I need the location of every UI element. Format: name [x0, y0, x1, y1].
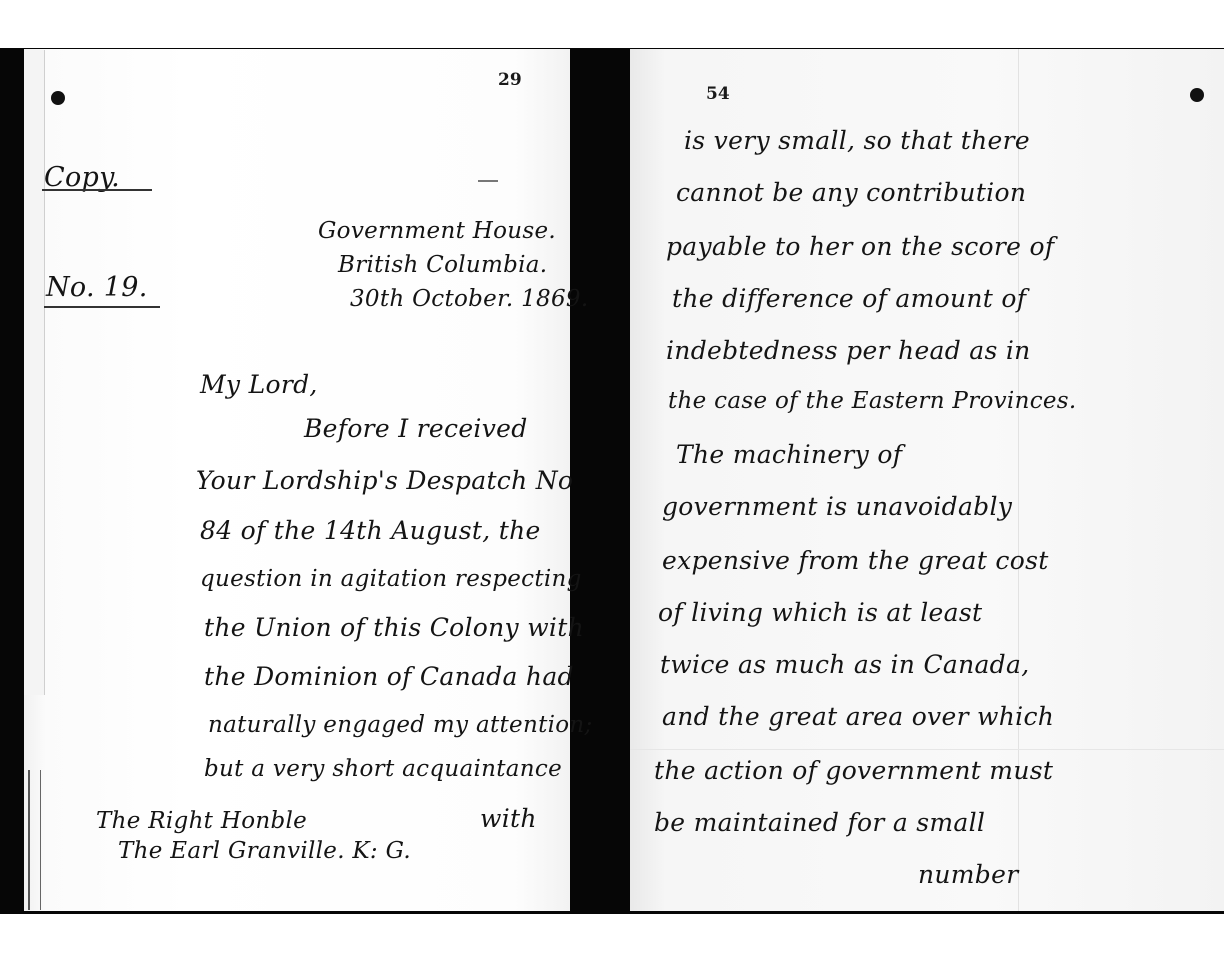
right-body-line-3: payable to her on the score of: [666, 232, 1054, 261]
page-edge-tab: [24, 50, 45, 695]
right-body-line-13: the action of government must: [654, 756, 1053, 785]
right-body-line-8: government is unavoidably: [662, 492, 1012, 521]
punch-hole-icon: [1190, 88, 1204, 102]
left-body-line-8: but a very short acquaintance: [204, 756, 562, 782]
right-body-line-2: cannot be any contribution: [676, 178, 1026, 207]
right-catchword: number: [918, 860, 1018, 889]
right-body-line-5: indebtedness per head as in: [666, 336, 1031, 365]
left-body-line-5: the Union of this Colony with: [204, 613, 584, 642]
ink-mark: [478, 180, 498, 182]
right-body-line-12: and the great area over which: [662, 702, 1054, 731]
right-body-line-6: the case of the Eastern Provinces.: [668, 388, 1077, 414]
salutation: My Lord,: [200, 370, 318, 399]
heading-number: No. 19.: [46, 272, 148, 303]
addressee-line-1: The Right Honble: [96, 808, 307, 834]
right-body-line-4: the difference of amount of: [672, 284, 1026, 313]
left-body-line-2: Your Lordship's Despatch No: [196, 466, 573, 495]
folio-number-left: 29: [498, 70, 522, 90]
page-edge-lines: [28, 770, 41, 910]
punch-hole-icon: [51, 91, 65, 105]
right-body-line-9: expensive from the great cost: [662, 546, 1049, 575]
left-catchword: with: [480, 804, 537, 833]
folio-number-right: 54: [706, 84, 730, 104]
heading-number-underline: [44, 306, 160, 308]
heading-copy-underline: [42, 189, 152, 191]
left-body-line-6: the Dominion of Canada had: [204, 662, 574, 691]
page-fold-horizontal: [630, 749, 1224, 750]
right-body-line-10: of living which is at least: [658, 598, 982, 627]
right-body-line-1: is very small, so that there: [684, 126, 1030, 155]
address-line-2: British Columbia.: [338, 252, 547, 278]
right-body-line-7: The machinery of: [676, 440, 902, 469]
right-body-line-11: twice as much as in Canada,: [660, 650, 1029, 679]
right-body-line-14: be maintained for a small: [654, 808, 985, 837]
left-body-line-1: Before I received: [304, 414, 528, 443]
addressee-line-2: The Earl Granville. K: G.: [118, 838, 411, 864]
left-body-line-4: question in agitation respecting: [200, 566, 582, 592]
left-body-line-7: naturally engaged my attention;: [208, 712, 593, 738]
address-date: 30th October. 1869.: [350, 286, 588, 312]
left-body-line-3: 84 of the 14th August, the: [200, 516, 541, 545]
address-line-1: Government House.: [318, 218, 556, 244]
